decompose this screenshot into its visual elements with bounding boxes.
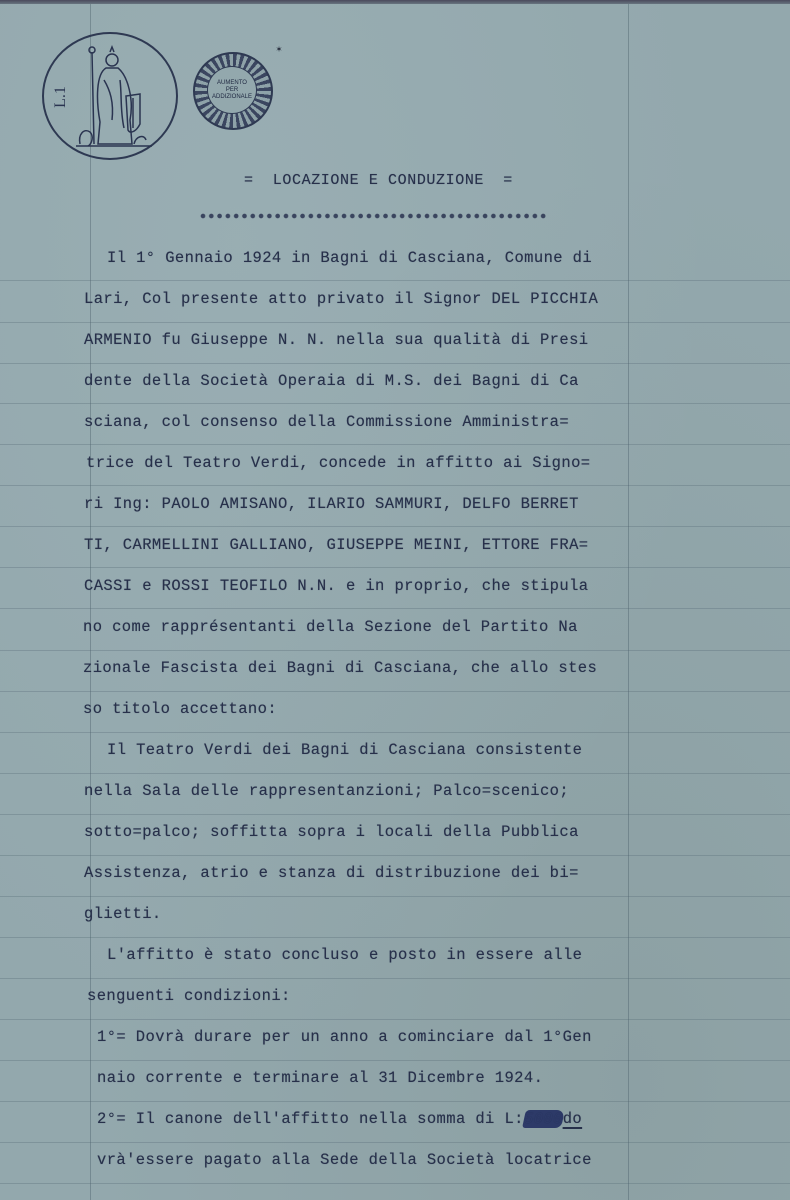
ruling-line	[0, 280, 790, 281]
stray-ink-mark: ✶	[276, 44, 282, 56]
stamp-label: AUMENTO PER ADDIZIONALE	[207, 66, 257, 114]
ruling-line	[0, 1060, 790, 1061]
ruling-line	[0, 732, 790, 733]
ruling-line	[0, 937, 790, 938]
left-margin-line	[90, 4, 91, 1200]
text-line: sciana, col consenso della Commissione A…	[84, 413, 569, 431]
ruling-line	[0, 1101, 790, 1102]
text-line: TI, CARMELLINI GALLIANO, GIUSEPPE MEINI,…	[84, 536, 588, 554]
ruling-line	[0, 1142, 790, 1143]
ruling-line	[0, 403, 790, 404]
additional-tax-stamp: AUMENTO PER ADDIZIONALE	[193, 52, 273, 130]
ruling-line	[0, 773, 790, 774]
ruling-line	[0, 1183, 790, 1184]
text-line: nella Sala delle rappresentanzioni; Palc…	[84, 782, 569, 800]
revenue-stamp: L.1	[42, 32, 178, 160]
stamp-line: ADDIZIONALE	[212, 94, 252, 101]
text-line: no come rapprésentanti della Sezione del…	[83, 618, 578, 636]
ruling-line	[0, 650, 790, 651]
text-line: 2°= Il canone dell'affitto nella somma d…	[97, 1110, 582, 1128]
title-underline-flourish	[199, 209, 546, 221]
stamp-line: PER	[226, 87, 238, 94]
text-line: senguenti condizioni:	[87, 987, 291, 1005]
document-title: = LOCAZIONE E CONDUZIONE =	[244, 172, 513, 189]
ruling-line	[0, 814, 790, 815]
text-line: glietti.	[84, 905, 162, 923]
ruling-line	[0, 608, 790, 609]
ruling-line	[0, 444, 790, 445]
right-margin-line	[628, 4, 629, 1200]
text-line: CASSI e ROSSI TEOFILO N.N. e in proprio,…	[84, 577, 588, 595]
stamp-line: AUMENTO	[217, 80, 247, 87]
ruling-line	[0, 485, 790, 486]
ruling-line	[0, 567, 790, 568]
amount-suffix: do	[563, 1110, 582, 1128]
ruling-line	[0, 1019, 790, 1020]
ruling-line	[0, 691, 790, 692]
clause-text: 2°= Il canone dell'affitto nella somma d…	[97, 1110, 524, 1128]
ruling-line	[0, 363, 790, 364]
ruling-line	[0, 896, 790, 897]
text-line: Assistenza, atrio e stanza di distribuzi…	[84, 864, 579, 882]
ruling-line	[0, 978, 790, 979]
text-line: dente della Società Operaia di M.S. dei …	[84, 372, 579, 390]
text-line: Lari, Col presente atto privato il Signo…	[84, 290, 598, 308]
text-line: naio corrente e terminare al 31 Dicembre…	[97, 1069, 543, 1087]
text-line: ARMENIO fu Giuseppe N. N. nella sua qual…	[84, 331, 588, 349]
text-line: so titolo accettano:	[83, 700, 277, 718]
text-line: L'affitto è stato concluso e posto in es…	[107, 946, 582, 964]
stamp-denomination: L.1	[52, 86, 70, 108]
allegorical-figure-icon	[74, 40, 154, 152]
text-line: sotto=palco; soffitta sopra i locali del…	[84, 823, 579, 841]
text-line: zionale Fascista dei Bagni di Casciana, …	[83, 659, 597, 677]
text-line: trice del Teatro Verdi, concede in affit…	[86, 454, 590, 472]
text-line: vrà'essere pagato alla Sede della Societ…	[97, 1151, 592, 1169]
text-line: Il 1° Gennaio 1924 in Bagni di Casciana,…	[107, 249, 592, 267]
ruling-line	[0, 322, 790, 323]
text-line: 1°= Dovrà durare per un anno a cominciar…	[97, 1028, 592, 1046]
text-line: ri Ing: PAOLO AMISANO, ILARIO SAMMURI, D…	[84, 495, 579, 513]
ruling-line	[0, 526, 790, 527]
ruling-line	[0, 855, 790, 856]
obscured-amount: 5000	[522, 1110, 565, 1128]
text-line: Il Teatro Verdi dei Bagni di Casciana co…	[107, 741, 582, 759]
